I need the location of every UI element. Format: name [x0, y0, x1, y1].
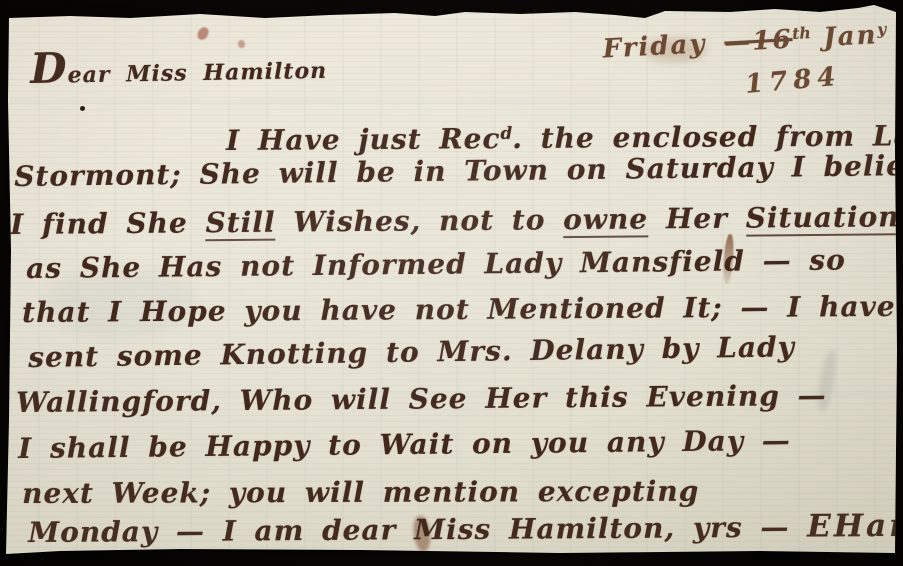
date-struck-day: —16	[724, 25, 794, 59]
letter-paper: Friday —16th Jany 1784 Dear Miss Hamilto…	[0, 0, 903, 566]
body-line-7: Wallingford, Who will See Her this Eveni…	[16, 379, 827, 419]
closing-line: Monday — I am dear Miss Hamilton, yrs — …	[28, 507, 903, 550]
date-month-suffix: y	[877, 19, 887, 38]
body-text: sent some Knotting to Mrs. Delany by Lad…	[28, 330, 795, 374]
date-year: 1784	[744, 62, 843, 100]
body-line-4: as She Has not Informed Lady Mansfield —…	[26, 243, 846, 285]
body-text: as She Has not Informed Lady Mansfield —…	[26, 243, 846, 285]
salutation: Dear Miss Hamilton	[30, 47, 327, 89]
closing-text: Monday — I am dear Miss Hamilton, yrs —	[28, 511, 807, 549]
body-line-6: sent some Knotting to Mrs. Delany by Lad…	[28, 330, 795, 374]
body-text: that I Hope you have not Mentioned It; —…	[22, 290, 896, 329]
body-text: I shall be Happy to Wait on you any Day …	[18, 424, 791, 465]
date-line: Friday —16th Jany	[602, 19, 887, 64]
signature: EHarcourt—	[807, 507, 903, 545]
body-text: I Have just Rec	[226, 122, 501, 157]
body-text: Her	[648, 202, 746, 236]
date-day: Friday	[602, 28, 725, 64]
date-day-suffix: th	[792, 22, 824, 43]
underlined-word: Situation	[746, 200, 900, 236]
underlined-word: Still	[205, 206, 275, 242]
stain	[196, 26, 210, 42]
body-line-5: that I Hope you have not Mentioned It; —…	[22, 290, 896, 329]
body-line-8: I shall be Happy to Wait on you any Day …	[18, 424, 791, 465]
stain	[238, 40, 245, 48]
paper-wrap: Friday —16th Jany 1784 Dear Miss Hamilto…	[0, 0, 903, 566]
body-text: ;	[899, 200, 903, 233]
body-text: Wishes, not to	[275, 203, 563, 239]
body-line-9: next Week; you will mention excepting	[22, 475, 699, 510]
body-line-3: I find She Still Wishes, not to owne Her…	[10, 200, 903, 241]
body-text: Wallingford, Who will See Her this Eveni…	[16, 379, 827, 419]
body-text: I find She	[10, 206, 206, 241]
letter-photograph: Friday —16th Jany 1784 Dear Miss Hamilto…	[0, 0, 903, 566]
paper-crease	[0, 100, 903, 104]
underlined-word: owne	[563, 202, 648, 238]
body-text: next Week; you will mention excepting	[22, 475, 699, 510]
superscript-d: d	[500, 123, 512, 143]
body-text: Stormont; She will be in Town on Saturda…	[14, 149, 903, 193]
date-month: Jan	[823, 20, 879, 53]
body-line-2: Stormont; She will be in Town on Saturda…	[14, 149, 903, 193]
ink-dot	[80, 106, 85, 111]
